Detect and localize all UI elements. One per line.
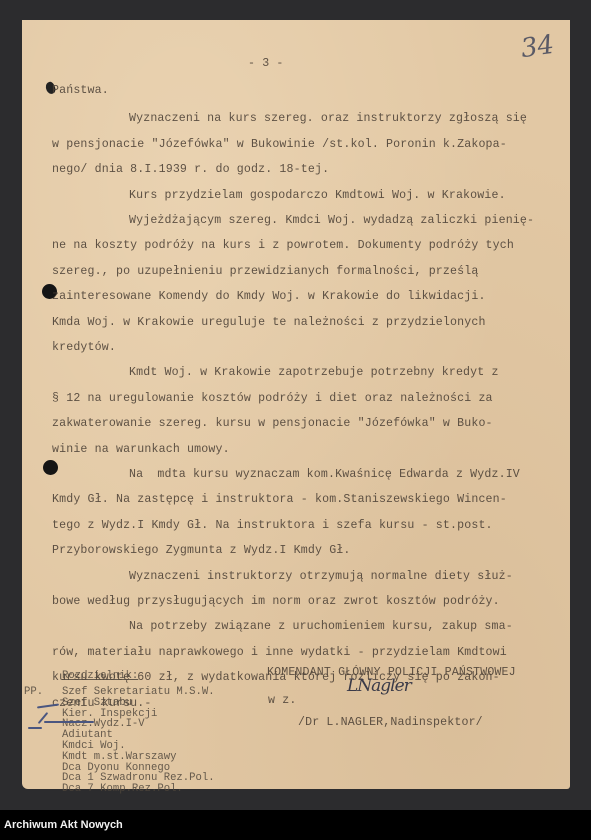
document-viewer: 34 - 3 - Państwa.Wyznaczeni na kurs szer… <box>0 0 591 810</box>
document-line: § 12 na uregulowanie kosztów podróży i d… <box>52 392 493 405</box>
punch-hole-icon <box>43 460 58 475</box>
handwritten-signature: LNagler <box>347 676 411 696</box>
document-line: Państwa. <box>52 84 109 97</box>
document-line: tego z Wydz.I Kmdy Gł. Na instruktora i … <box>52 519 493 532</box>
folio-number: 34 <box>519 30 556 64</box>
document-line: Kmdy Gł. Na zastępcę i instruktora - kom… <box>52 493 507 506</box>
document-page: 34 - 3 - Państwa.Wyznaczeni na kurs szer… <box>22 20 570 789</box>
distribution-item: Dca 7 Komp.Rez.Pol. <box>62 784 183 796</box>
document-line: Wyznaczeni na kurs szereg. oraz instrukt… <box>129 112 527 125</box>
document-line: zakwaterowanie szereg. kursu w pensjonac… <box>52 417 493 430</box>
pen-stroke-icon <box>28 727 42 729</box>
document-line: zainteresowane Komendy do Kmdy Woj. w Kr… <box>52 290 486 303</box>
document-line: Kmdt Woj. w Krakowie zapotrzebuje potrze… <box>129 366 499 379</box>
document-line: Przyborowskiego Zygmunta z Wydz.I Kmdy G… <box>52 544 351 557</box>
document-line: winie na warunkach umowy. <box>52 443 230 456</box>
folio-number-text: 34 <box>519 30 556 64</box>
document-line: Wyznaczeni instruktorzy otrzymują normal… <box>129 570 513 583</box>
document-line: nego/ dnia 8.I.1939 r. do godz. 18-tej. <box>52 163 329 176</box>
signature-wz: w z. <box>268 694 296 707</box>
distribution-prefix: PP. <box>24 687 43 699</box>
document-line: kredytów. <box>52 341 116 354</box>
document-line: Na mdta kursu wyznaczam kom.Kwaśnicę Edw… <box>129 468 520 481</box>
document-line: bowe według przysługujących im norm oraz… <box>52 595 500 608</box>
document-line: szereg., po uzupełnieniu przewidzianych … <box>52 265 478 278</box>
pen-stroke-icon <box>44 721 94 723</box>
footer-bar: Archiwum Akt Nowych <box>0 810 591 840</box>
document-line: Wyjeżdżającym szereg. Kmdci Woj. wydadzą… <box>129 214 534 227</box>
document-line: Kurs przydzielam gospodarczo Kmdtowi Woj… <box>129 189 506 202</box>
document-line: w pensjonacie "Józefówka" w Bukowinie /s… <box>52 138 507 151</box>
archive-name: Archiwum Akt Nowych <box>4 819 123 831</box>
document-line: Na potrzeby związane z uruchomieniem kur… <box>129 620 513 633</box>
document-line: ne na koszty podróży na kurs i z powrote… <box>52 239 514 252</box>
distribution-heading: Rozdzielnik: <box>62 671 138 683</box>
signatory-name: /Dr L.NAGLER,Nadinspektor/ <box>298 716 483 729</box>
document-line: rów, materiału naprawkowego i inne wydat… <box>52 646 507 659</box>
document-line: Kmda Woj. w Krakowie ureguluje te należn… <box>52 316 486 329</box>
page-marker: - 3 - <box>248 57 284 70</box>
